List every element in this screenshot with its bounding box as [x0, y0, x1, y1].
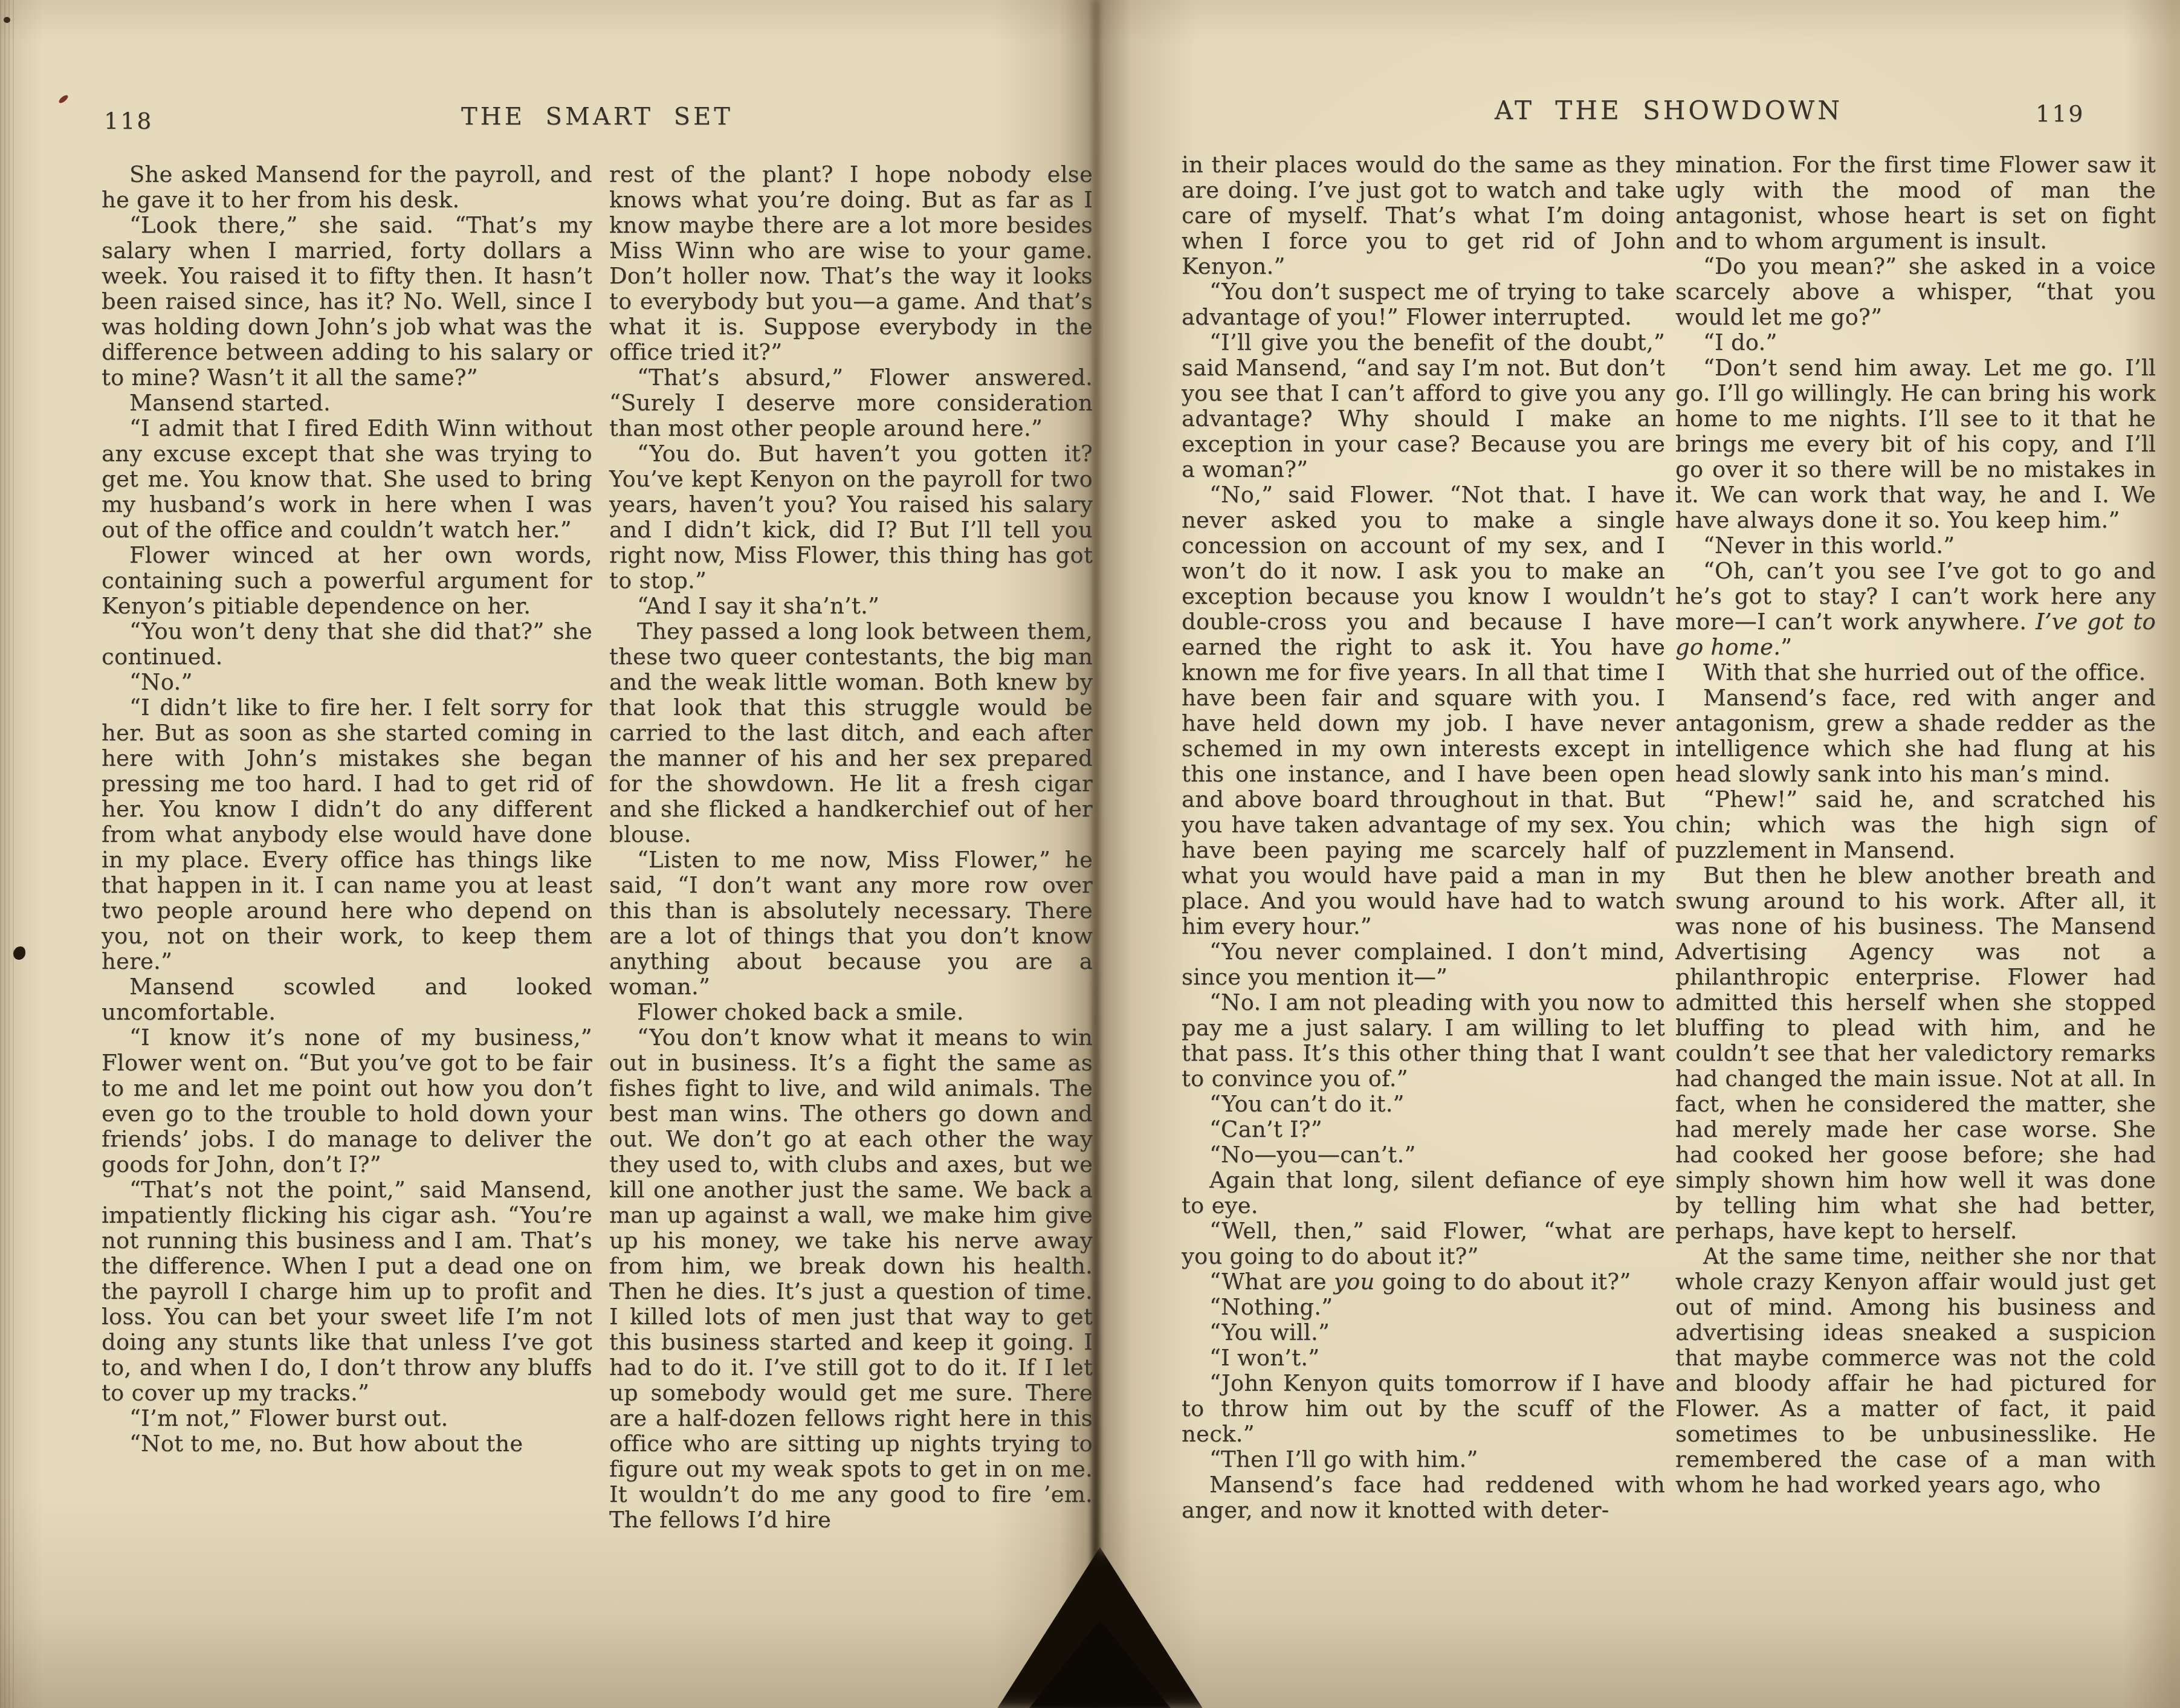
text-run: “Listen to me now, Miss Flower,” he said… [609, 847, 1093, 1000]
text-run: “No.” [129, 669, 193, 695]
paragraph: Mansend scowled and looked uncomfortable… [102, 974, 592, 1025]
text-run: “Not to me, no. But how about the [129, 1431, 523, 1457]
text-run: “No,” said Flower. “Not that. I have nev… [1182, 482, 1665, 939]
text-run: “You won’t deny that she did that?” she … [102, 618, 592, 670]
left-page-stack-edge [0, 0, 15, 1708]
text-column-right-2: mination. For the first time Flower saw … [1675, 152, 2156, 1498]
text-run: Flower choked back a smile. [637, 999, 964, 1025]
paragraph: “Nothing.” [1182, 1295, 1665, 1320]
text-run: “That’s not the point,” said Mansend, im… [102, 1177, 592, 1406]
text-run: “Phew!” said he, and scratched his chin;… [1675, 786, 2156, 863]
paragraph: Again that long, silent defiance of eye … [1182, 1168, 1665, 1218]
text-run: rest of the plant? I hope nobody else kn… [609, 161, 1093, 365]
paragraph: “That’s not the point,” said Mansend, im… [102, 1177, 592, 1406]
paragraph: in their places would do the same as the… [1182, 152, 1665, 279]
paragraph: With that she hurried out of the office. [1675, 660, 2156, 685]
paragraph: “No.” [102, 670, 592, 695]
text-run: “John Kenyon quits tomorrow if I have to… [1182, 1370, 1665, 1447]
paragraph: “You do. But haven’t you gotten it? You’… [609, 441, 1093, 594]
paragraph: “That’s absurd,” Flower answered. “Surel… [609, 365, 1093, 441]
text-run: At the same time, neither she nor that w… [1675, 1243, 2156, 1498]
text-run: “Can’t I?” [1209, 1116, 1322, 1142]
paragraph: At the same time, neither she nor that w… [1675, 1244, 2156, 1498]
text-run: She asked Mansend for the payroll, and h… [102, 161, 592, 213]
text-run: But then he blew another breath and swun… [1675, 862, 2156, 1244]
text-run: “I know it’s none of my business,” Flowe… [102, 1024, 592, 1177]
paragraph: “You won’t deny that she did that?” she … [102, 619, 592, 670]
text-run: Mansend scowled and looked uncomfortable… [102, 974, 592, 1025]
text-run: “I didn’t like to fire her. I felt sorry… [102, 694, 592, 974]
paragraph: “I’m not,” Flower burst out. [102, 1406, 592, 1431]
paragraph: “No—you—can’t.” [1182, 1142, 1665, 1168]
text-column-left-2: rest of the plant? I hope nobody else kn… [609, 162, 1093, 1533]
text-run: Mansend’s face had reddened with anger, … [1182, 1472, 1665, 1523]
paragraph: They passed a long look between them, th… [609, 619, 1093, 847]
paragraph: “I didn’t like to fire her. I felt sorry… [102, 695, 592, 974]
text-run: mination. For the first time Flower saw … [1675, 152, 2156, 254]
paragraph: Flower choked back a smile. [609, 1000, 1093, 1025]
paragraph: But then he blew another breath and swun… [1675, 863, 2156, 1244]
text-run: “Look there,” she said. “That’s my salar… [102, 212, 592, 390]
paragraph: “I admit that I fired Edith Winn without… [102, 416, 592, 543]
paragraph: Mansend’s face had reddened with anger, … [1182, 1472, 1665, 1523]
paragraph: “Never in this world.” [1675, 533, 2156, 558]
paragraph: “Look there,” she said. “That’s my salar… [102, 213, 592, 390]
text-run: “No—you—can’t.” [1209, 1142, 1416, 1168]
paragraph: “You can’t do it.” [1182, 1092, 1665, 1117]
paragraph: “You don’t suspect me of trying to take … [1182, 279, 1665, 330]
text-run: “You don’t know what it means to win out… [609, 1024, 1093, 1533]
paragraph: She asked Mansend for the payroll, and h… [102, 162, 592, 213]
text-run: “You do. But haven’t you gotten it? You’… [609, 441, 1093, 594]
paragraph: “Don’t send him away. Let me go. I’ll go… [1675, 355, 2156, 533]
text-run: “Nothing.” [1209, 1294, 1333, 1320]
paragraph: “I do.” [1675, 330, 2156, 355]
text-run: Mansend started. [129, 390, 331, 416]
paragraph: Mansend started. [102, 390, 592, 416]
paragraph: “You never complained. I don’t mind, sin… [1182, 939, 1665, 990]
running-head-left: THE SMART SET [102, 103, 1093, 131]
text-run: Again that long, silent defiance of eye … [1182, 1167, 1665, 1218]
paragraph: “I’ll give you the benefit of the doubt,… [1182, 330, 1665, 482]
paragraph: “No,” said Flower. “Not that. I have nev… [1182, 482, 1665, 939]
text-run: in their places would do the same as the… [1182, 152, 1665, 279]
paragraph: “You will.” [1182, 1320, 1665, 1345]
paragraph: “And I say it sha’n’t.” [609, 594, 1093, 619]
paragraph: Flower winced at her own words, containi… [102, 543, 592, 619]
paragraph: “Oh, can’t you see I’ve got to go and he… [1675, 558, 2156, 660]
text-run: “I do.” [1703, 329, 1777, 355]
text-run: “You can’t do it.” [1209, 1091, 1405, 1117]
paragraph: “Not to me, no. But how about the [102, 1431, 592, 1457]
paragraph: “No. I am not pleading with you now to p… [1182, 990, 1665, 1092]
spine-crease [1092, 0, 1100, 1708]
text-run: “You never complained. I don’t mind, sin… [1182, 939, 1665, 990]
text-run: “I’m not,” Flower burst out. [129, 1405, 448, 1431]
text-column-right-1: in their places would do the same as the… [1182, 152, 1665, 1523]
text-run: “No. I am not pleading with you now to p… [1182, 989, 1665, 1092]
text-run: Flower winced at her own words, containi… [102, 542, 592, 619]
paragraph: “Then I’ll go with him.” [1182, 1447, 1665, 1472]
text-run: “Never in this world.” [1703, 532, 1955, 558]
paragraph: “Do you mean?” she asked in a voice scar… [1675, 254, 2156, 330]
paragraph: “John Kenyon quits tomorrow if I have to… [1182, 1371, 1665, 1447]
text-run: Mansend’s face, red with anger and antag… [1675, 685, 2156, 787]
text-run: With that she hurried out of the office. [1703, 659, 2146, 685]
paragraph: “Can’t I?” [1182, 1117, 1665, 1142]
page-number-right: 119 [2036, 100, 2085, 127]
text-run: “And I say it sha’n’t.” [637, 593, 879, 619]
text-run: “What are [1209, 1269, 1334, 1295]
paragraph: Mansend’s face, red with anger and antag… [1675, 685, 2156, 787]
paragraph: “I won’t.” [1182, 1345, 1665, 1371]
text-run: “Then I’ll go with him.” [1209, 1446, 1478, 1472]
paragraph: “Well, then,” said Flower, “what are you… [1182, 1218, 1665, 1269]
text-run: “Do you mean?” she asked in a voice scar… [1675, 253, 2156, 330]
text-run: “Don’t send him away. Let me go. I’ll go… [1675, 355, 2156, 533]
text-run: “Well, then,” said Flower, “what are you… [1182, 1218, 1665, 1269]
paragraph: rest of the plant? I hope nobody else kn… [609, 162, 1093, 365]
text-column-left-1: She asked Mansend for the payroll, and h… [102, 162, 592, 1457]
paragraph: “I know it’s none of my business,” Flowe… [102, 1025, 592, 1177]
text-run: “I won’t.” [1209, 1345, 1319, 1371]
text-run: They passed a long look between them, th… [609, 618, 1093, 847]
paragraph: “Phew!” said he, and scratched his chin;… [1675, 787, 2156, 863]
italic-text: you [1334, 1269, 1375, 1295]
book-spread-photo: 118 THE SMART SET She asked Mansend for … [0, 0, 2180, 1708]
text-run: “I’ll give you the benefit of the doubt,… [1182, 329, 1665, 482]
text-run: going to do about it?” [1375, 1269, 1631, 1295]
text-run: “You will.” [1209, 1319, 1330, 1345]
text-run: “That’s absurd,” Flower answered. “Surel… [609, 364, 1093, 441]
ink-speck [4, 17, 10, 23]
text-run: ” [1781, 634, 1792, 660]
text-run: “I admit that I fired Edith Winn without… [102, 415, 592, 543]
paragraph: “What are you going to do about it?” [1182, 1269, 1665, 1295]
text-run: “You don’t suspect me of trying to take … [1182, 279, 1665, 330]
paragraph: mination. For the first time Flower saw … [1675, 152, 2156, 254]
paragraph: “Listen to me now, Miss Flower,” he said… [609, 847, 1093, 1000]
running-head-right: AT THE SHOWDOWN [1182, 95, 2156, 125]
paragraph: “You don’t know what it means to win out… [609, 1025, 1093, 1533]
